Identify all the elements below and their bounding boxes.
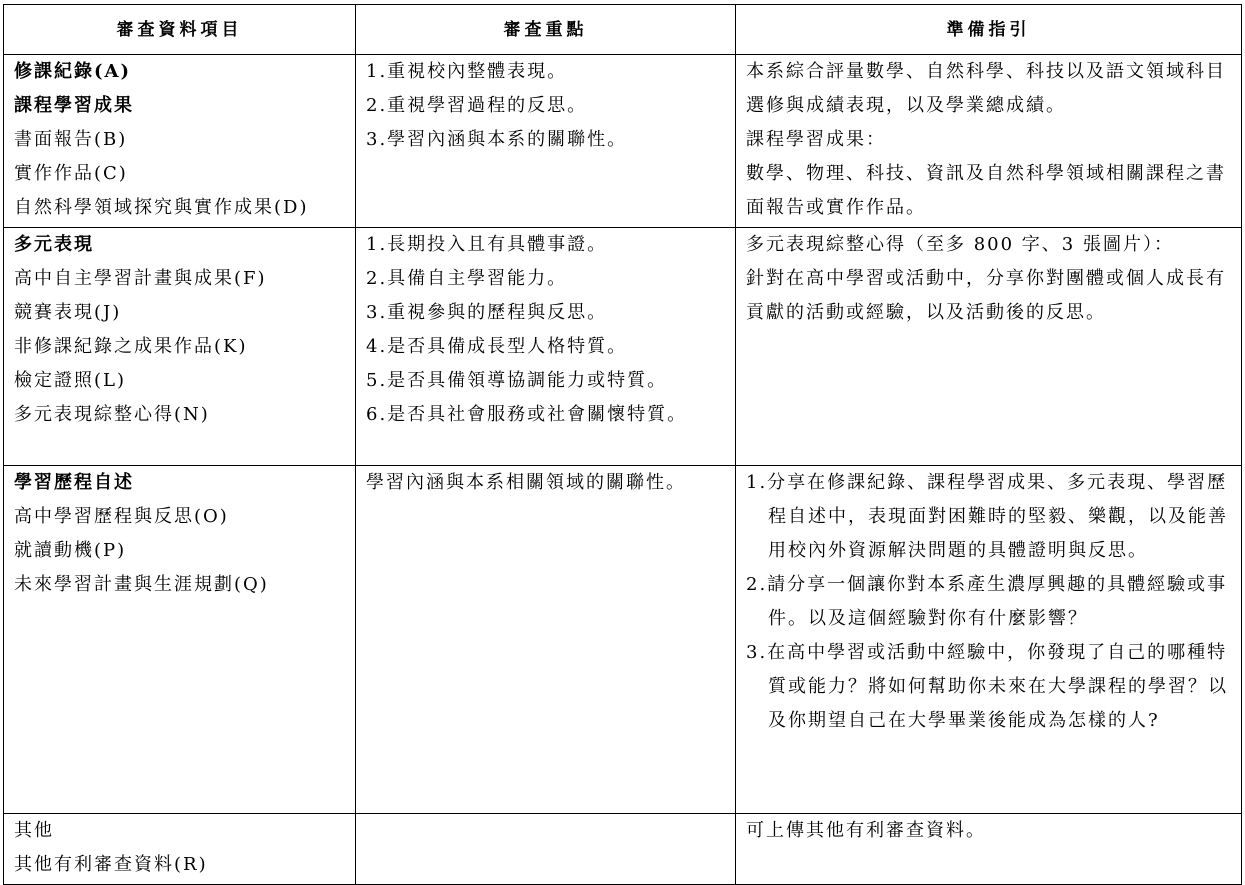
focus-point: 3.重視參與的歷程與反思。 [366,296,725,330]
preparation-guide-cell: 1.分享在修課紀錄、課程學習成果、多元表現、學習歷程自述中，表現面對困難時的堅毅… [736,466,1242,814]
header-review-focus: 審查重點 [356,5,736,55]
item-label: 其他有利審查資料(R) [14,848,345,882]
guide-text: 課程學習成果： [746,123,1231,157]
review-items-cell: 多元表現 高中自主學習計畫與成果(F) 競賽表現(J) 非修課紀錄之成果作品(K… [4,228,356,466]
table-row-course-records: 修課紀錄(A) 課程學習成果 書面報告(B) 實作作品(C) 自然科學領域探究與… [4,55,1242,228]
item-label: 修課紀錄(A) [14,55,345,89]
item-label: 競賽表現(J) [14,296,345,330]
focus-point: 6.是否具社會服務或社會關懷特質。 [366,398,725,432]
review-items-cell: 修課紀錄(A) 課程學習成果 書面報告(B) 實作作品(C) 自然科學領域探究與… [4,55,356,228]
header-review-items: 審查資料項目 [4,5,356,55]
preparation-guide-cell: 可上傳其他有利審查資料。 [736,814,1242,885]
review-items-cell: 學習歷程自述 高中學習歷程與反思(O) 就讀動機(P) 未來學習計畫與生涯規劃(… [4,466,356,814]
focus-point: 學習內涵與本系相關領域的關聯性。 [366,466,725,500]
item-label: 就讀動機(P) [14,534,345,568]
guide-text: 3.在高中學習或活動中經驗中，你發現了自己的哪種特質或能力？將如何幫助你未來在大… [746,636,1231,738]
focus-point: 2.重視學習過程的反思。 [366,89,725,123]
review-focus-cell: 1.重視校內整體表現。 2.重視學習過程的反思。 3.學習內涵與本系的關聯性。 [356,55,736,228]
item-label: 高中自主學習計畫與成果(F) [14,262,345,296]
preparation-guide-cell: 多元表現綜整心得（至多 800 字、3 張圖片）： 針對在高中學習或活動中，分享… [736,228,1242,466]
table-row-learning-narrative: 學習歷程自述 高中學習歷程與反思(O) 就讀動機(P) 未來學習計畫與生涯規劃(… [4,466,1242,814]
review-items-cell: 其他 其他有利審查資料(R) [4,814,356,885]
item-label: 學習歷程自述 [14,466,345,500]
item-label: 多元表現 [14,228,345,262]
focus-point: 1.長期投入且有具體事證。 [366,228,725,262]
item-label: 書面報告(B) [14,123,345,157]
review-focus-cell: 1.長期投入且有具體事證。 2.具備自主學習能力。 3.重視參與的歷程與反思。 … [356,228,736,466]
header-preparation-guide: 準備指引 [736,5,1242,55]
focus-point: 1.重視校內整體表現。 [366,55,725,89]
item-label: 其他 [14,814,345,848]
header-row: 審查資料項目 審查重點 準備指引 [4,5,1242,55]
focus-point: 4.是否具備成長型人格特質。 [366,330,725,364]
guide-text: 2.請分享一個讓你對本系產生濃厚興趣的具體經驗或事件。以及這個經驗對你有什麼影響… [746,568,1231,636]
guide-text: 1.分享在修課紀錄、課程學習成果、多元表現、學習歷程自述中，表現面對困難時的堅毅… [746,466,1231,568]
item-label: 課程學習成果 [14,89,345,123]
guide-text: 數學、物理、科技、資訊及自然科學領域相關課程之書面報告或實作作品。 [746,157,1231,225]
item-label: 非修課紀錄之成果作品(K) [14,330,345,364]
review-criteria-table: 審查資料項目 審查重點 準備指引 修課紀錄(A) 課程學習成果 書面報告(B) … [3,4,1242,885]
guide-text: 可上傳其他有利審查資料。 [746,814,1231,848]
focus-point: 2.具備自主學習能力。 [366,262,725,296]
review-focus-cell: 學習內涵與本系相關領域的關聯性。 [356,466,736,814]
item-label: 自然科學領域探究與實作成果(D) [14,191,345,225]
focus-point: 5.是否具備領導協調能力或特質。 [366,364,725,398]
item-label: 多元表現綜整心得(N) [14,398,345,432]
guide-text: 本系綜合評量數學、自然科學、科技以及語文領域科目選修與成績表現，以及學業總成績。 [746,55,1231,123]
item-label: 檢定證照(L) [14,364,345,398]
guide-text: 多元表現綜整心得（至多 800 字、3 張圖片）： [746,228,1231,262]
table-row-other: 其他 其他有利審查資料(R) 可上傳其他有利審查資料。 [4,814,1242,885]
guide-text: 針對在高中學習或活動中，分享你對團體或個人成長有貢獻的活動或經驗，以及活動後的反… [746,262,1231,330]
item-label: 高中學習歷程與反思(O) [14,500,345,534]
item-label: 實作作品(C) [14,157,345,191]
review-focus-cell [356,814,736,885]
preparation-guide-cell: 本系綜合評量數學、自然科學、科技以及語文領域科目選修與成績表現，以及學業總成績。… [736,55,1242,228]
table-row-diverse-performance: 多元表現 高中自主學習計畫與成果(F) 競賽表現(J) 非修課紀錄之成果作品(K… [4,228,1242,466]
focus-point: 3.學習內涵與本系的關聯性。 [366,123,725,157]
item-label: 未來學習計畫與生涯規劃(Q) [14,568,345,602]
